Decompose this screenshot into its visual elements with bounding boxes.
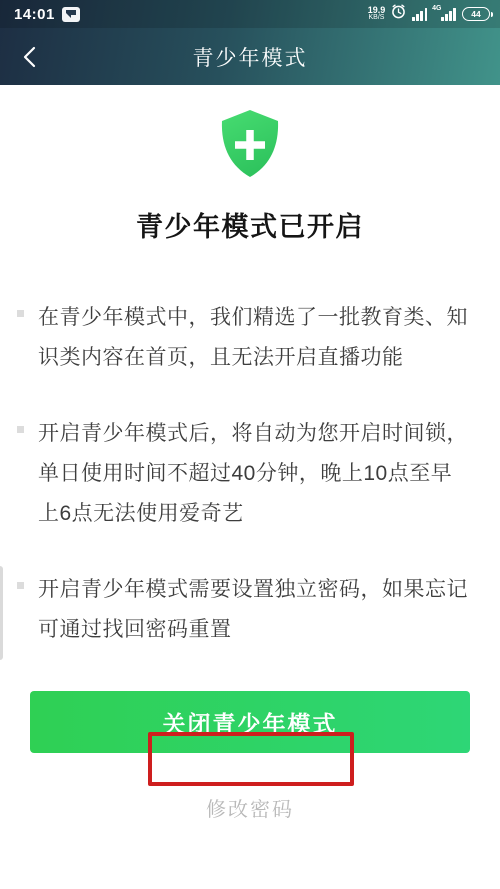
back-button[interactable] [14, 42, 44, 72]
status-bar-right: 19.9 KB/S 4G 44 [368, 4, 490, 24]
mode-state-title: 青少年模式已开启 [0, 205, 500, 244]
alarm-clock-icon [391, 4, 406, 24]
square-bullet-icon [17, 582, 24, 589]
tip-item: 开启青少年模式后，将自动为您开启时间锁，单日使用时间不超过40分钟，晚上10点至… [38, 414, 470, 534]
status-bar-left: 14:01 [14, 6, 80, 23]
screenshot-notification-icon [62, 7, 80, 22]
4g-label: 4G [432, 5, 441, 12]
square-bullet-icon [17, 310, 24, 317]
tip-item: 在青少年模式中，我们精选了一批教育类、知识类内容在首页，且无法开启直播功能 [38, 298, 470, 378]
4g-signal-icon: 4G [441, 8, 456, 21]
change-password-link[interactable]: 修改密码 [0, 793, 500, 822]
status-bar: 14:01 19.9 KB/S [0, 0, 500, 28]
top-gradient-header: 14:01 19.9 KB/S [0, 0, 500, 85]
page-title: 青少年模式 [193, 42, 308, 72]
battery-icon: 44 [462, 7, 490, 21]
square-bullet-icon [17, 426, 24, 433]
cellular-signal-icon [412, 8, 427, 21]
close-teen-mode-button[interactable]: 关闭青少年模式 [30, 691, 470, 753]
tip-text: 开启青少年模式需要设置独立密码，如果忘记可通过找回密码重置 [38, 570, 470, 650]
teen-mode-screen: 14:01 19.9 KB/S [0, 0, 500, 889]
tip-text: 开启青少年模式后，将自动为您开启时间锁，单日使用时间不超过40分钟，晚上10点至… [38, 414, 470, 534]
tip-text: 在青少年模式中，我们精选了一批教育类、知识类内容在首页，且无法开启直播功能 [38, 298, 470, 378]
edge-scroll-indicator [0, 566, 3, 660]
nav-bar: 青少年模式 [0, 28, 500, 85]
tips-list: 在青少年模式中，我们精选了一批教育类、知识类内容在首页，且无法开启直播功能 开启… [0, 298, 500, 650]
clock-time: 14:01 [14, 6, 55, 23]
teen-mode-shield-icon [216, 109, 284, 179]
network-speed-indicator: 19.9 KB/S [368, 6, 386, 22]
chevron-left-icon [22, 46, 36, 68]
tip-item: 开启青少年模式需要设置独立密码，如果忘记可通过找回密码重置 [38, 570, 470, 650]
battery-percent: 44 [471, 9, 480, 19]
shield-badge [0, 109, 500, 179]
